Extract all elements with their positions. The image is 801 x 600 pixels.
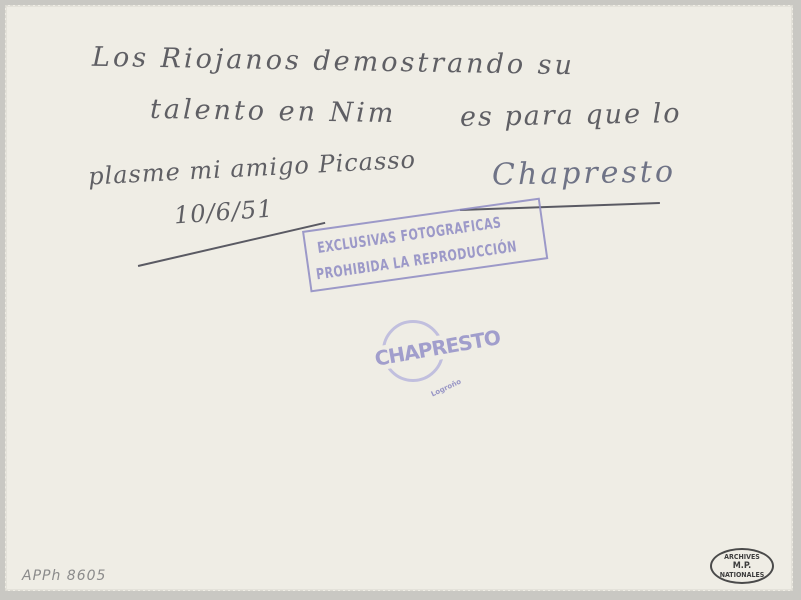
archive-reference-number: APPh 8605 [22,568,106,584]
logo-city: Logroño [430,378,463,399]
chapresto-logo-stamp: CHAPRESTO Logroño [372,318,462,398]
inscription-line-2b: es para que lo [460,98,682,133]
archive-stamp-line-3: NATIONALES [712,571,772,579]
signature: Chapresto [492,154,677,192]
archive-stamp-line-1: ARCHIVES [712,553,772,561]
archive-stamp-line-2: M.P. [712,561,772,571]
photo-verso-paper [5,5,793,591]
archives-nationales-stamp: ARCHIVES M.P. NATIONALES [710,548,774,584]
inscription-line-2a: talento en Nim [150,94,397,129]
scan-background: Los Riojanos demostrando su talento en N… [0,0,801,600]
